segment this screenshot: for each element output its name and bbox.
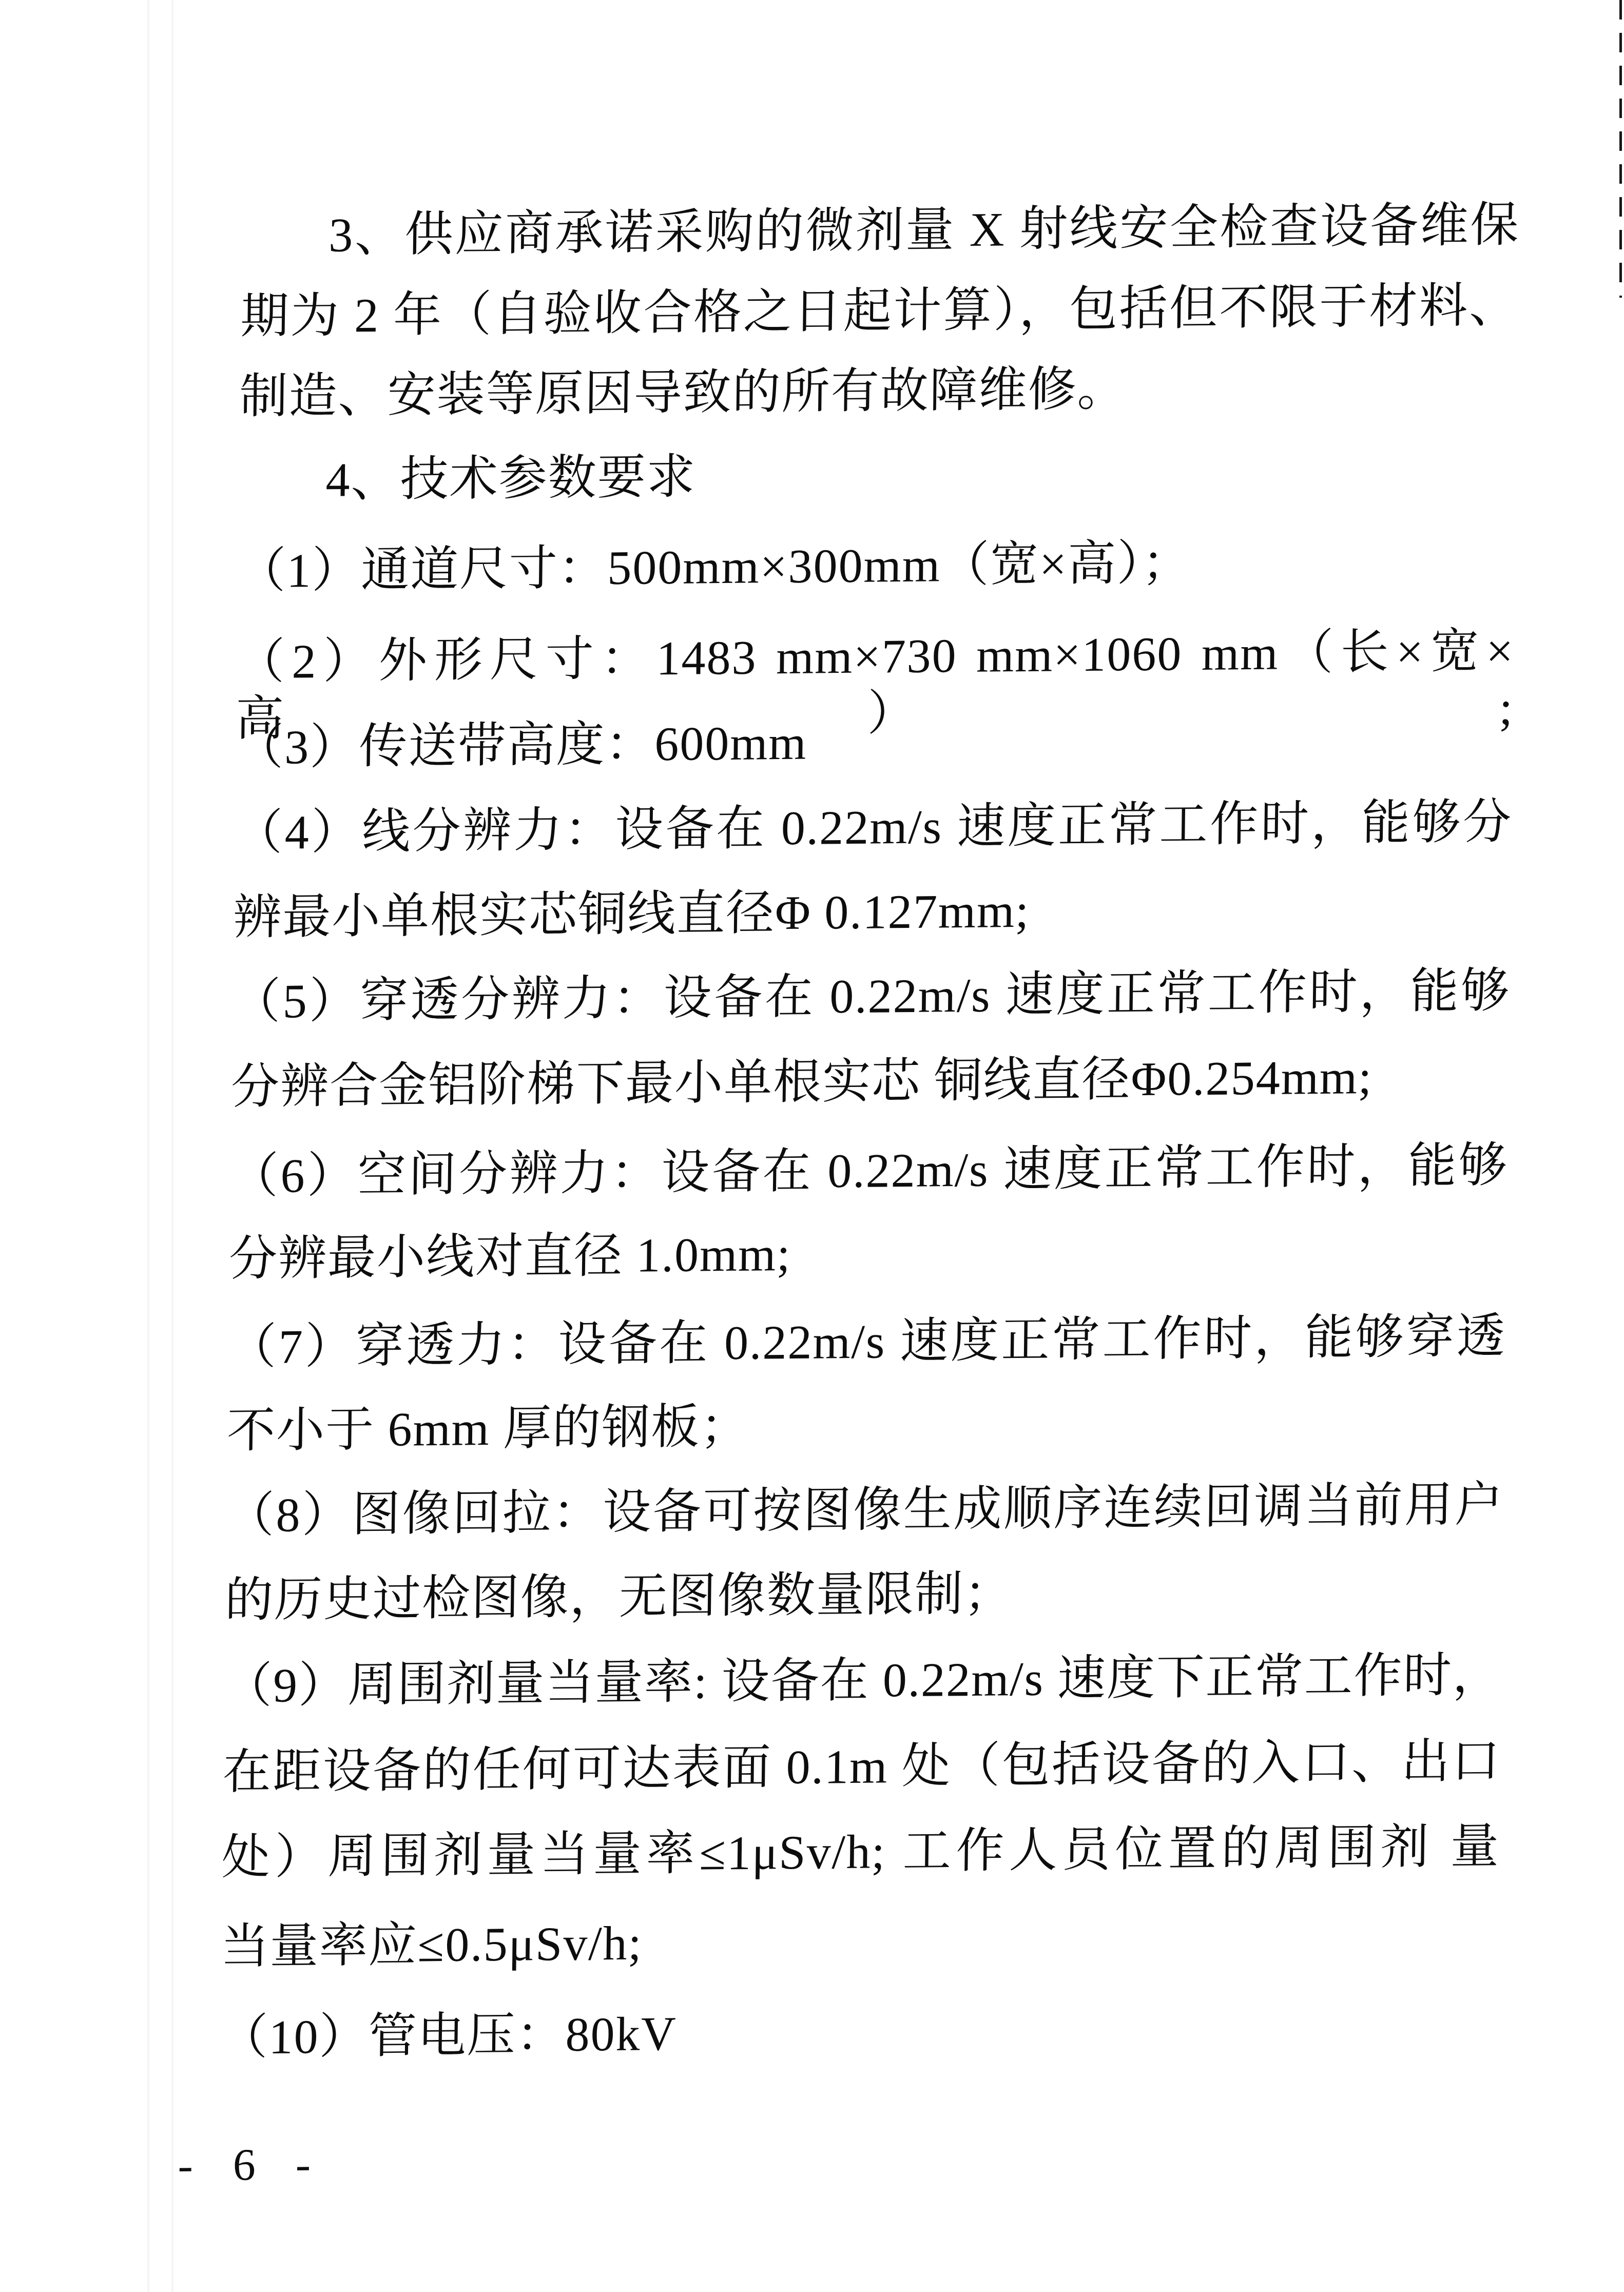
text-line: 在距设备的任何可达表面 0.1m 处（包括设备的入口、出口 bbox=[222, 1733, 1501, 1801]
text-line: 4、技术参数要求 bbox=[325, 442, 1517, 509]
page-number: - 6 - bbox=[178, 2139, 325, 2192]
text-line: （4）线分辨力：设备在 0.22m/s 速度正常工作时，能够分 bbox=[234, 794, 1513, 862]
text-line: 3、供应商承诺采购的微剂量 X 射线安全检查设备维保 bbox=[328, 197, 1520, 264]
text-line: （9）周围剂量当量率: 设备在 0.22m/s 速度下正常工作时， bbox=[223, 1647, 1502, 1715]
text-line: （1）通道尺寸：500mm×300mm（宽×高）； bbox=[237, 532, 1516, 600]
text-line: 不小于 6mm 厚的钢板； bbox=[226, 1392, 1505, 1460]
text-line: 制造、安装等原因导致的所有故障维修。 bbox=[239, 358, 1518, 426]
text-line: 分辨最小线对直径 1.0mm; bbox=[228, 1220, 1507, 1288]
text-line: 的历史过检图像，无图像数量限制； bbox=[224, 1561, 1503, 1629]
text-line: 辨最小单根实芯铜线直径Φ 0.127mm; bbox=[233, 879, 1512, 947]
text-line: （5）穿透分辨力：设备在 0.22m/s 速度正常工作时，能够 bbox=[232, 963, 1511, 1031]
text-line: 处）周围剂量当量率≤1μSv/h; 工作人员位置的周围剂 量 bbox=[221, 1818, 1500, 1887]
text-line: （3）传送带高度：600mm bbox=[235, 709, 1514, 777]
text-line: 分辨合金铝阶梯下最小单根实芯 铜线直径Φ0.254mm; bbox=[231, 1048, 1510, 1116]
document-text: 3、供应商承诺采购的微剂量 X 射线安全检查设备维保 期为 2 年（自验收合格之… bbox=[0, 0, 1624, 2292]
text-line: （6）空间分辨力：设备在 0.22m/s 速度正常工作时，能够 bbox=[229, 1137, 1508, 1206]
text-line: （10）管电压：80kV bbox=[219, 1998, 1498, 2067]
text-line: 当量率应≤0.5μSv/h; bbox=[220, 1908, 1499, 1976]
text-line: 期为 2 年（自验收合格之日起计算），包括但不限于材料、 bbox=[240, 278, 1519, 346]
text-line: （8）图像回拉：设备可按图像生成顺序连续回调当前用户 bbox=[225, 1477, 1504, 1545]
document-page: 3、供应商承诺采购的微剂量 X 射线安全检查设备维保 期为 2 年（自验收合格之… bbox=[0, 0, 1624, 2292]
text-line: （7）穿透力：设备在 0.22m/s 速度正常工作时，能够穿透 bbox=[227, 1308, 1506, 1376]
